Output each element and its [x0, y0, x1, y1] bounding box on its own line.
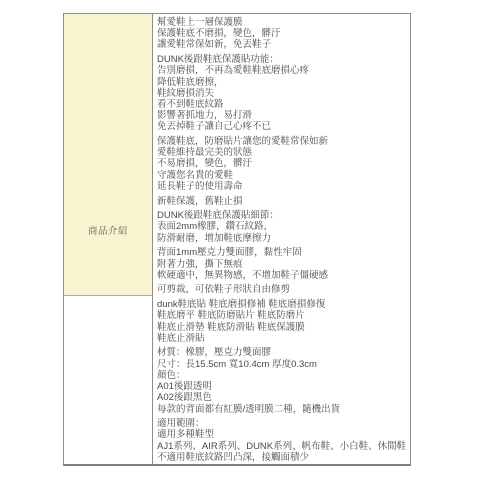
spec-content-cell: 幫愛鞋上一層保護膜保護鞋底不磨損，變色，髒汙讓愛鞋常保如新，免丟鞋子DUNK後跟… — [153, 14, 410, 464]
description-line: 適用多種鞋型 — [157, 429, 406, 440]
description-line: 防滑耐磨，增加鞋底摩擦力 — [157, 233, 406, 244]
description-line: 看不到鞋底紋路 — [157, 99, 406, 110]
description-line: 告別磨損，不再為愛鞋鞋底磨損心疼 — [157, 65, 406, 76]
description-line: AJ1系列、AIR系列、DUNK系列、帆布鞋、小白鞋、休閒鞋 — [157, 441, 406, 452]
description-line: 背面1mm壓克力雙面膠，黏性牢固 — [157, 247, 406, 258]
description-paragraph: 適用範圍：適用多種鞋型AJ1系列、AIR系列、DUNK系列、帆布鞋、小白鞋、休閒… — [157, 418, 406, 463]
description-line: dunk鞋底貼 鞋底磨損修補 鞋底磨損修復 — [157, 299, 406, 310]
description-line: 附著力強，撕下無痕 — [157, 259, 406, 270]
description-line: 免丟掉鞋子讓自己心疼不已 — [157, 121, 406, 132]
description-paragraph: 新鞋保護，舊鞋止損 — [157, 196, 406, 207]
description-line: 鞋底止滑貼 — [157, 333, 406, 344]
description-paragraph: 幫愛鞋上一層保護膜保護鞋底不磨損，變色，髒汙讓愛鞋常保如新，免丟鞋子 — [157, 17, 406, 51]
description-line: 顏色： — [157, 370, 406, 381]
description-paragraph: DUNK後跟鞋底保護貼細節：表面2mm橡膠，鑽石紋路，防滑耐磨，增加鞋底摩擦力 — [157, 210, 406, 244]
description-line: 鞋底止滑墊 鞋底防滑貼 鞋底保護膜 — [157, 322, 406, 333]
description-line: 軟硬適中，無異物感，不增加鞋子僵硬感 — [157, 270, 406, 281]
description-line: 鞋底磨平 鞋底防磨貼片 鞋底防磨片 — [157, 310, 406, 321]
description-line: 鞋紋磨損消失 — [157, 88, 406, 99]
description-line: 影響著抓地力，易打滑 — [157, 110, 406, 121]
description-line: 尺寸：長15.5cm 寬10.4cm 厚度0.3cm — [157, 359, 406, 370]
product-page-screenshot: 商品介紹 幫愛鞋上一層保護膜保護鞋底不磨損，變色，髒汙讓愛鞋常保如新，免丟鞋子D… — [0, 0, 480, 480]
description-line: 可剪裁，可依鞋子形狀自由修剪 — [157, 284, 406, 295]
description-line: 保護鞋底不磨損，變色，髒汙 — [157, 28, 406, 39]
description-line: 新鞋保護，舊鞋止損 — [157, 196, 406, 207]
description-line: DUNK後跟鞋底保護貼細節： — [157, 210, 406, 221]
description-line: 適用範圍： — [157, 418, 406, 429]
description-paragraph: 材質：橡膠，壓克力雙面膠尺寸：長15.5cm 寬10.4cm 厚度0.3cm顏色… — [157, 347, 406, 414]
description-line: A02後跟黑色 — [157, 392, 406, 403]
description-line: 愛鞋維持最完美的狀態 — [157, 147, 406, 158]
description-line: 不易磨損，變色，髒汙 — [157, 158, 406, 169]
description-paragraph: DUNK後跟鞋底保護貼功能：告別磨損，不再為愛鞋鞋底磨損心疼降低鞋底磨擦，鞋紋磨… — [157, 54, 406, 132]
description-paragraph: 保護鞋底，防磨貼片讓您的愛鞋常保如新愛鞋維持最完美的狀態不易磨損，變色，髒汙守護… — [157, 136, 406, 192]
description-paragraph: 可剪裁，可依鞋子形狀自由修剪 — [157, 284, 406, 295]
description-line: 守護您名貴的愛鞋 — [157, 170, 406, 181]
description-line: 讓愛鞋常保如新，免丟鞋子 — [157, 39, 406, 50]
product-intro-table: 商品介紹 幫愛鞋上一層保護膜保護鞋底不磨損，變色，髒汙讓愛鞋常保如新，免丟鞋子D… — [63, 13, 411, 466]
spec-label: 商品介紹 — [64, 223, 152, 237]
description-line: 延長鞋子的使用壽命 — [157, 181, 406, 192]
description-line: 不適用鞋底紋路凹凸深，接觸面積少 — [157, 452, 406, 463]
spec-label-cell — [64, 14, 152, 296]
description-line: 每款的背面都有紅膜/透明膜二種，隨機出貨 — [157, 404, 406, 415]
description-line: 保護鞋底，防磨貼片讓您的愛鞋常保如新 — [157, 136, 406, 147]
description-line: 幫愛鞋上一層保護膜 — [157, 17, 406, 28]
description-line: A01後跟透明 — [157, 381, 406, 392]
description-line: 表面2mm橡膠，鑽石紋路， — [157, 221, 406, 232]
description-line: 材質：橡膠，壓克力雙面膠 — [157, 347, 406, 358]
description-line: DUNK後跟鞋底保護貼功能： — [157, 54, 406, 65]
spec-label-column: 商品介紹 — [64, 14, 153, 464]
description-line: 降低鞋底磨擦， — [157, 77, 406, 88]
description-paragraph: dunk鞋底貼 鞋底磨損修補 鞋底磨損修復鞋底磨平 鞋底防磨貼片 鞋底防磨片鞋底… — [157, 299, 406, 344]
description-paragraph: 背面1mm壓克力雙面膠，黏性牢固附著力強，撕下無痕軟硬適中，無異物感，不增加鞋子… — [157, 247, 406, 281]
